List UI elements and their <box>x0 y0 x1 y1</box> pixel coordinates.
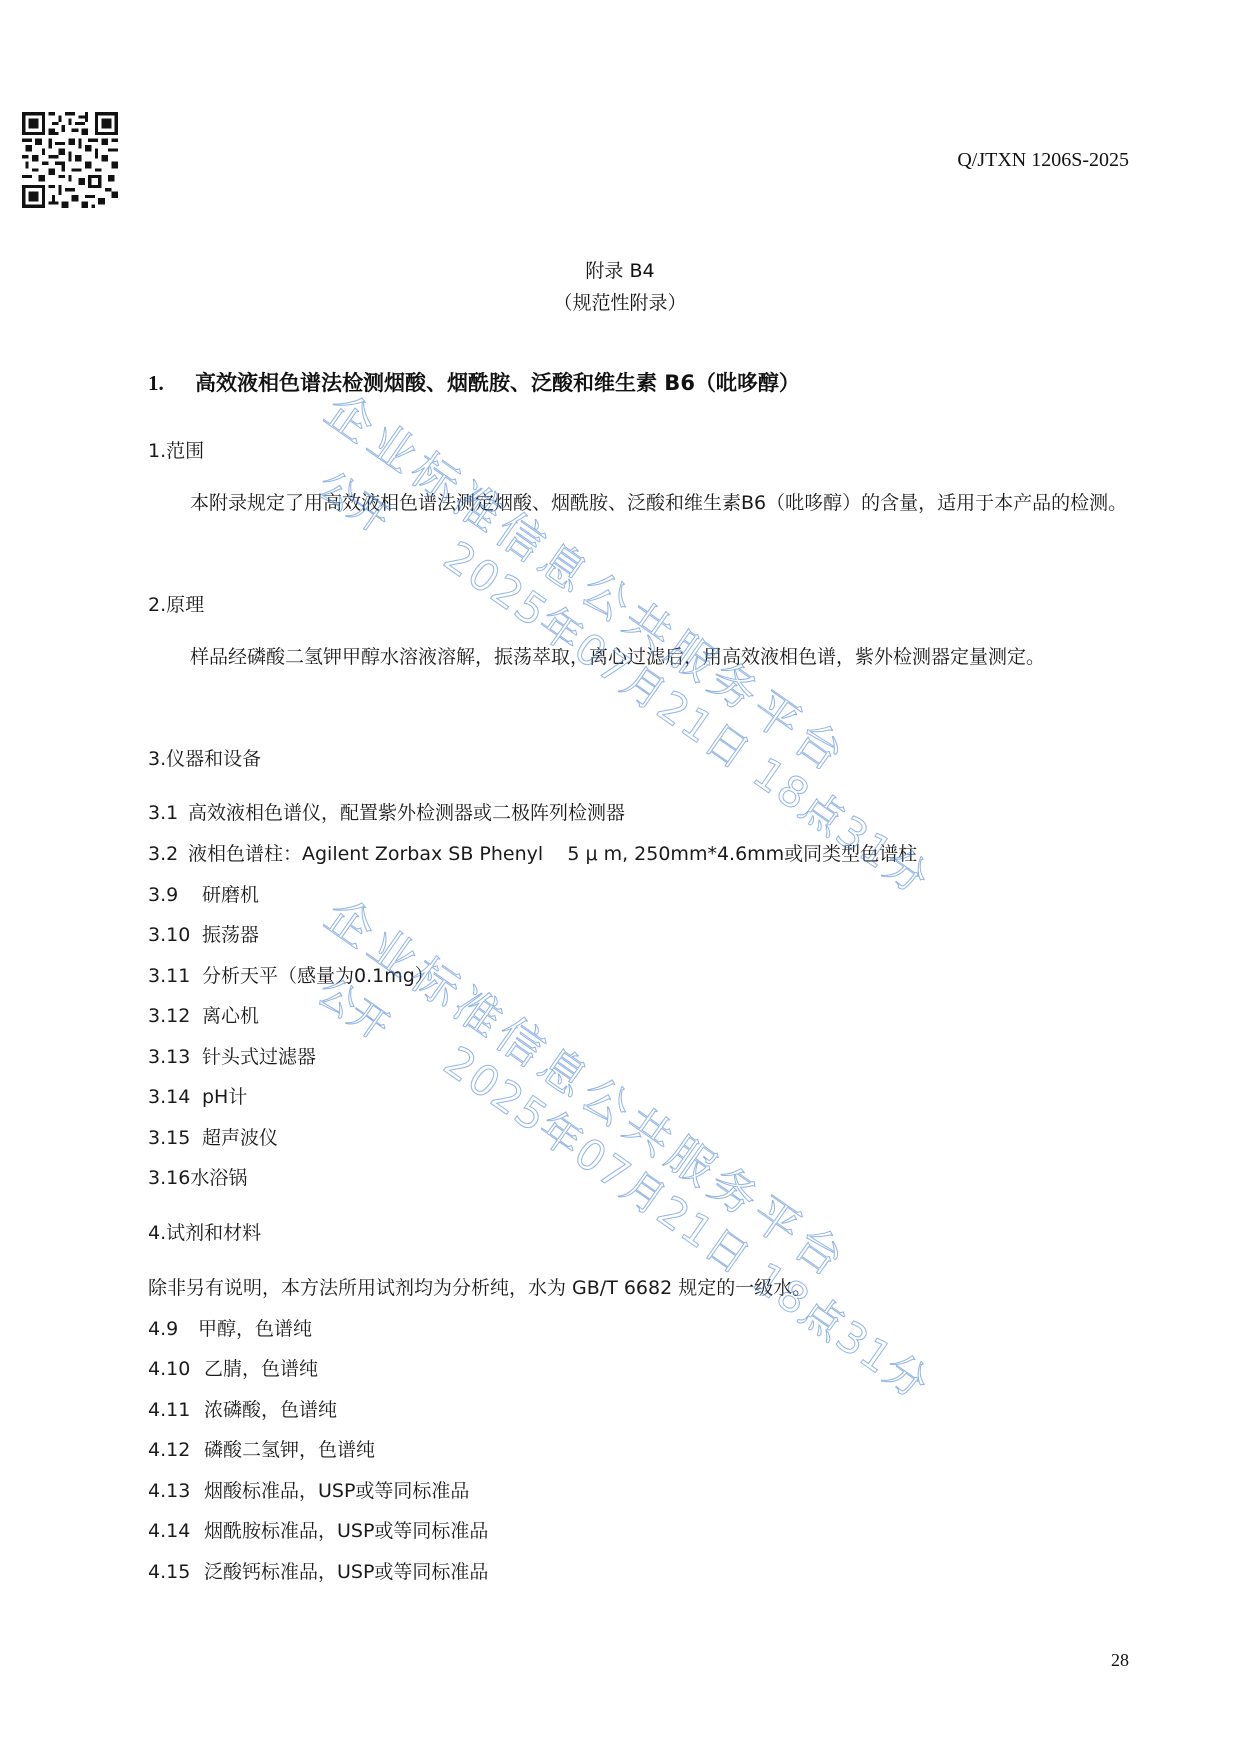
reagent-item: 4.11浓磷酸，色谱纯 <box>148 1395 337 1422</box>
reagent-item: 4.14烟酰胺标准品，USP或等同标准品 <box>148 1516 488 1543</box>
section-title: 高效液相色谱法检测烟酸、烟酰胺、泛酸和维生素 B6（吡哆醇） <box>195 371 800 395</box>
reagent-item: 4.15泛酸钙标准品，USP或等同标准品 <box>148 1557 488 1584</box>
reagent-item: 4.10乙腈，色谱纯 <box>148 1354 318 1381</box>
reagents-intro: 除非另有说明，本方法所用试剂均为分析纯，水为 GB/T 6682 规定的一级水。 <box>148 1273 811 1300</box>
instrument-item: 3.16水浴锅 <box>148 1163 247 1190</box>
reagent-item: 4.13烟酸标准品，USP或等同标准品 <box>148 1476 469 1503</box>
reagents-heading: 4.试剂和材料 <box>148 1218 261 1245</box>
watermark-datetime: 2025年07月21日 18点31分 <box>434 1030 944 1412</box>
instrument-item: 3.11分析天平（感量为0.1mg） <box>148 961 434 988</box>
principle-text: 样品经磷酸二氢钾甲醇水溶液溶解，振荡萃取，离心过滤后，用高效液相色谱，紫外检测器… <box>148 636 1130 678</box>
instrument-item: 3.2液相色谱柱：Agilent Zorbax SB Phenyl 5 μ m,… <box>148 839 917 866</box>
standard-code: Q/JTXN 1206S-2025 <box>957 149 1129 172</box>
document-page: Q/JTXN 1206S-2025 附录 B4 （规范性附录） 1.高效液相色谱… <box>0 0 1240 1753</box>
qr-code-icon <box>22 112 118 208</box>
scope-text: 本附录规定了用高效液相色谱法测定烟酸、烟酰胺、泛酸和维生素B6（吡哆醇）的含量，… <box>148 482 1130 524</box>
reagent-item: 4.9甲醇，色谱纯 <box>148 1314 312 1341</box>
instrument-item: 3.10振荡器 <box>148 920 259 947</box>
instrument-item: 3.14pH计 <box>148 1082 247 1109</box>
scope-heading: 1.范围 <box>148 436 204 463</box>
instrument-item: 3.15超声波仪 <box>148 1123 278 1150</box>
instrument-item: 3.1高效液相色谱仪，配置紫外检测器或二极阵列检测器 <box>148 798 625 825</box>
watermark-platform: 企业标准信息公共服务平台 <box>314 375 863 787</box>
instruments-heading: 3.仪器和设备 <box>148 744 261 771</box>
appendix-subtitle: （规范性附录） <box>0 288 1240 315</box>
principle-heading: 2.原理 <box>148 590 204 617</box>
instrument-item: 3.13针头式过滤器 <box>148 1042 316 1069</box>
appendix-title: 附录 B4 <box>0 256 1240 283</box>
page-number: 28 <box>1111 1650 1129 1671</box>
watermark-platform: 企业标准信息公共服务平台 <box>314 880 863 1292</box>
instrument-item: 3.12离心机 <box>148 1001 259 1028</box>
instrument-item: 3.9研磨机 <box>148 880 259 907</box>
section-number: 1. <box>148 371 195 396</box>
section-heading: 1.高效液相色谱法检测烟酸、烟酰胺、泛酸和维生素 B6（吡哆醇） <box>148 367 800 397</box>
reagent-item: 4.12磷酸二氢钾，色谱纯 <box>148 1435 375 1462</box>
